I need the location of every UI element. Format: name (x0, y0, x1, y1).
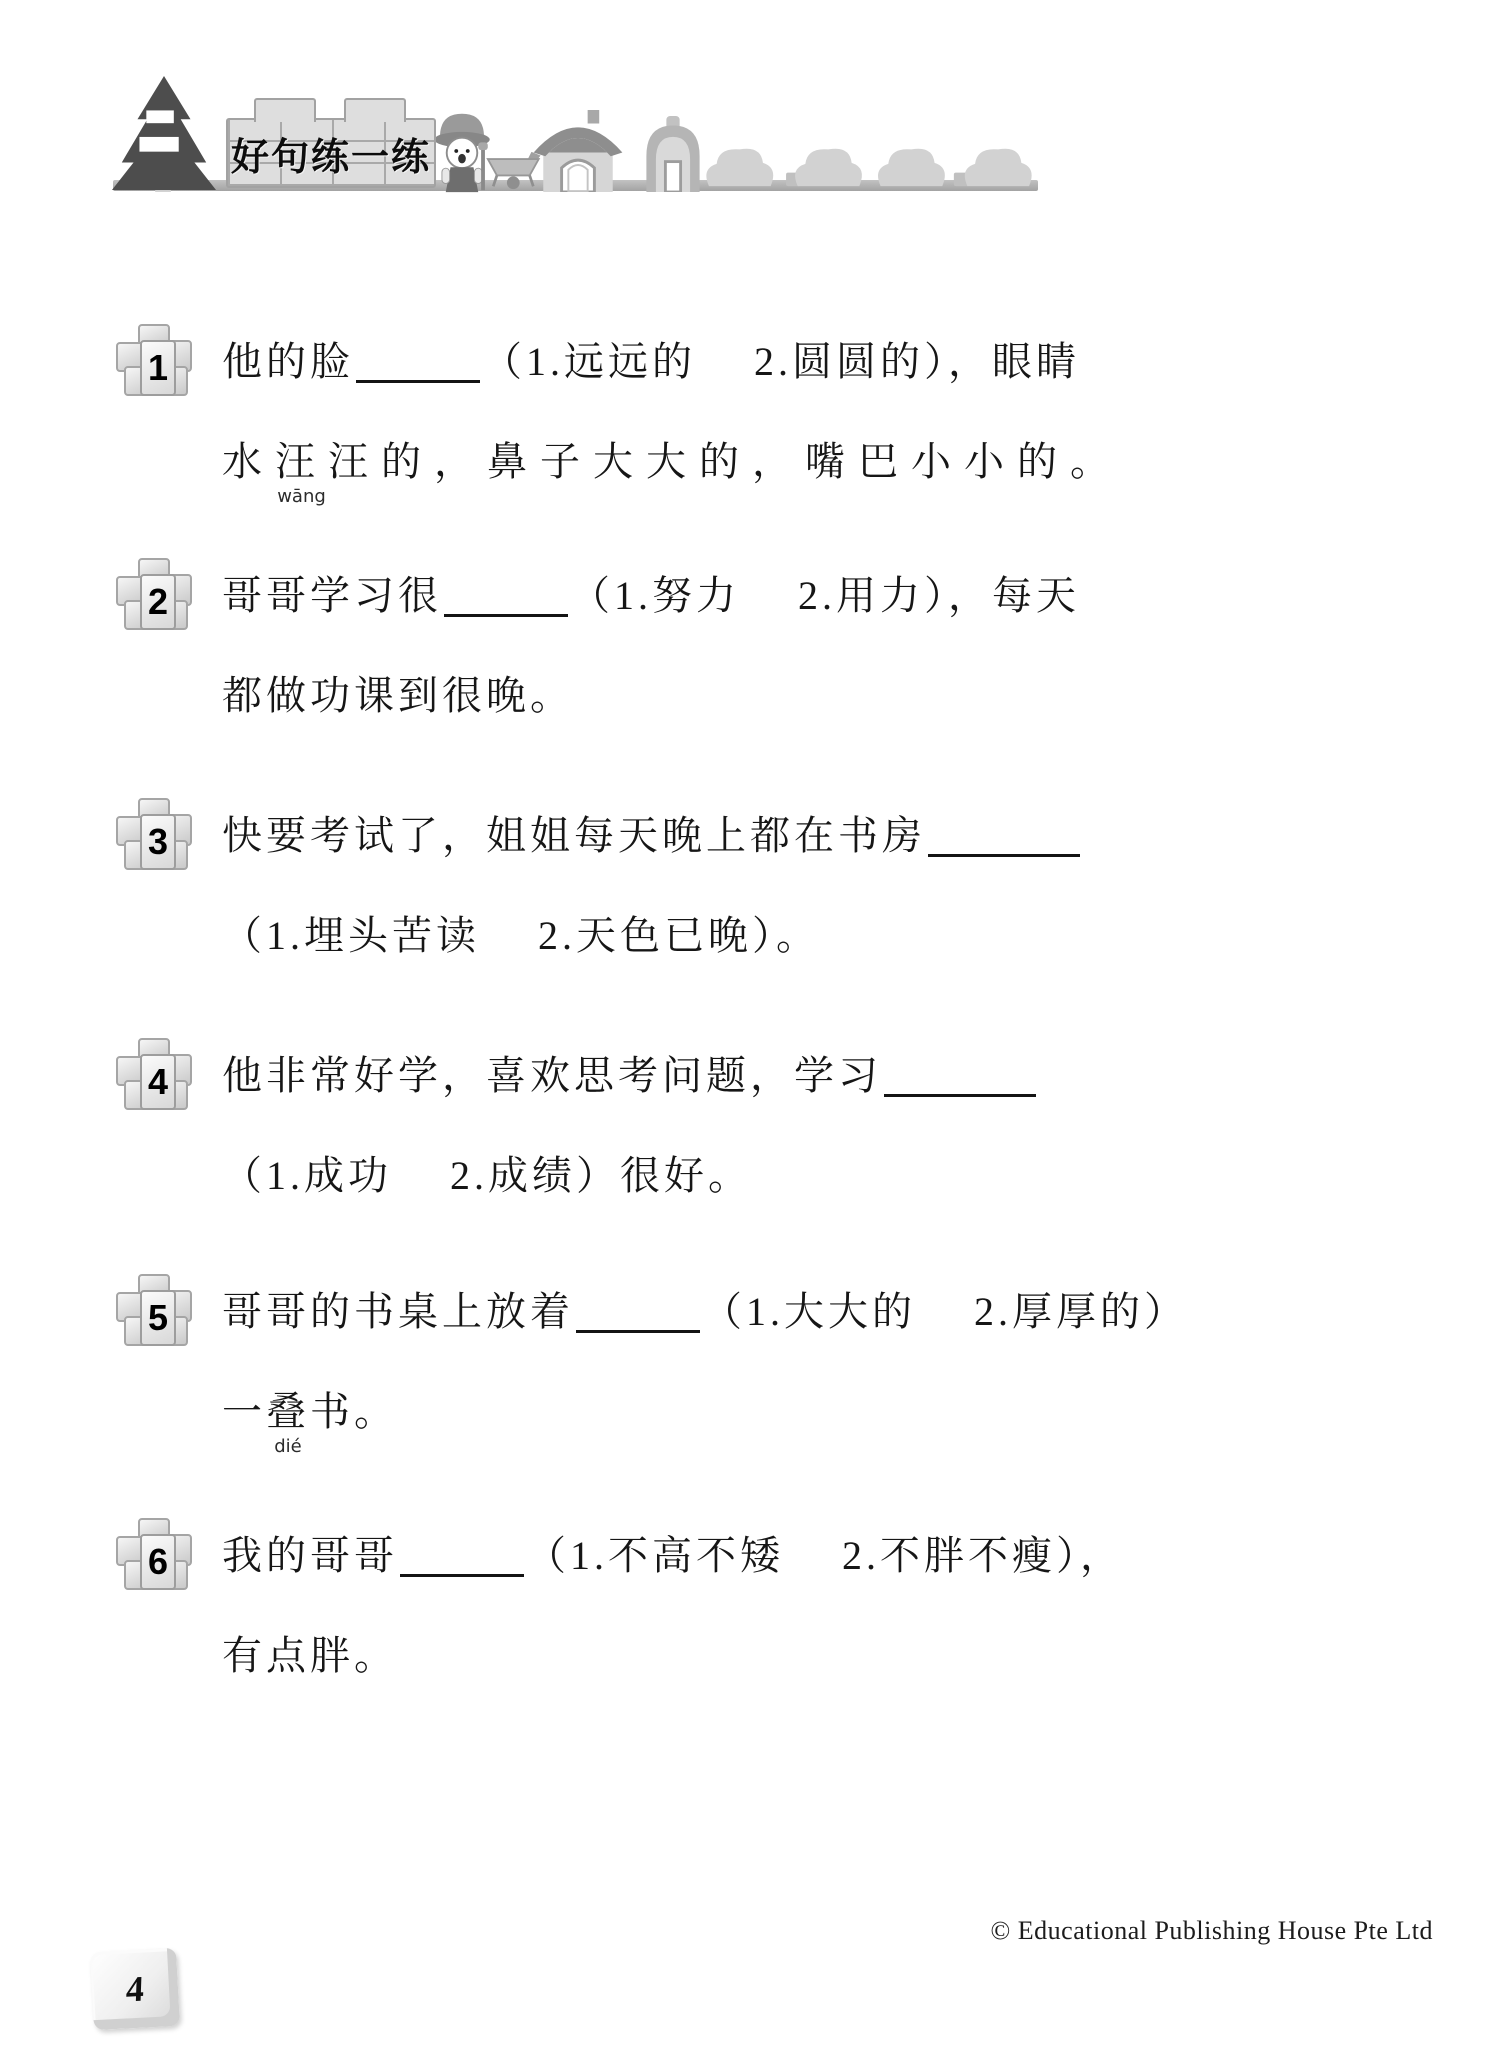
sentence-options: （1.埋头苦读 2.天色已晚）。 (222, 913, 820, 958)
exercise-sentence: 一叠dié书。 (222, 1388, 1188, 1436)
exercise-sentence: 有点胖。 (222, 1632, 1124, 1680)
exercise-number: 6 (148, 1541, 168, 1583)
exercise-sentence: 他的脸（1.远远的 2.圆圆的），眼睛 (222, 338, 1123, 386)
answer-blank (356, 380, 480, 383)
sentence-text: 我的哥哥 (222, 1533, 398, 1578)
number-brick: 6 (140, 1534, 176, 1590)
brick-number-badge: 2 (118, 570, 192, 632)
sentence-text: 有点胖。 (222, 1633, 398, 1678)
number-brick: 5 (140, 1290, 176, 1346)
exercise-item-2: 2 哥哥学习很（1.努力 2.用力），每天 都做功课到很晚。 (118, 572, 1080, 720)
page-title: 好句练一练 (231, 126, 431, 181)
exercise-number: 2 (148, 581, 168, 623)
exercise-sentence: （1.成功 2.成绩）很好。 (222, 1152, 1038, 1200)
number-brick: 2 (140, 574, 176, 630)
exercise-sentence: 快要考试了，姐姐每天晚上都在书房 (222, 812, 1082, 860)
exercise-number: 4 (148, 1061, 168, 1103)
annotated-character: 叠dié (266, 1388, 310, 1436)
exercise-item-4: 4 他非常好学，喜欢思考问题，学习 （1.成功 2.成绩）很好。 (118, 1052, 1038, 1200)
pine-tree-icon (110, 74, 218, 192)
pinyin-annotation: dié (274, 1438, 302, 1456)
exercise-sentence: 哥哥学习很（1.努力 2.用力），每天 (222, 572, 1080, 620)
exercise-item-5: 5 哥哥的书桌上放着（1.大大的 2.厚厚的） 一叠dié书。 (118, 1288, 1188, 1436)
copyright-text: © Educational Publishing House Pte Ltd (991, 1916, 1433, 1946)
answer-blank (884, 1094, 1036, 1097)
exercise-number: 1 (148, 347, 168, 389)
sentence-options: （1.大大的 2.厚厚的） (702, 1289, 1188, 1334)
sentence-text: 水 (222, 439, 275, 484)
sentence-text: 快要考试了，姐姐每天晚上都在书房 (222, 813, 926, 858)
sentence-text: 一 (222, 1389, 266, 1434)
sentence-options: （1.远远的 2.圆圆的），眼睛 (482, 339, 1080, 384)
sentence-options: （1.努力 2.用力），每天 (570, 573, 1080, 618)
exercise-number: 3 (148, 821, 168, 863)
annotated-character: 汪wāng (275, 438, 328, 486)
brick-number-badge: 4 (118, 1050, 192, 1112)
number-brick: 4 (140, 1054, 176, 1110)
exercise-sentence: 哥哥的书桌上放着（1.大大的 2.厚厚的） (222, 1288, 1188, 1336)
page-number: 4 (125, 1967, 144, 2010)
exercise-item-6: 6 我的哥哥（1.不高不矮 2.不胖不瘦）， 有点胖。 (118, 1532, 1124, 1680)
answer-blank (576, 1330, 700, 1333)
workbook-page: 好句练一练 (0, 0, 1497, 2048)
sentence-text: 他的脸 (222, 339, 354, 384)
chinese-character: 叠 (266, 1389, 310, 1434)
answer-blank (400, 1574, 524, 1577)
sentence-text: 他非常好学，喜欢思考问题，学习 (222, 1053, 882, 1098)
exercise-number: 5 (148, 1297, 168, 1339)
sentence-text: 都做功课到很晚。 (222, 673, 574, 718)
sentence-options: （1.不高不矮 2.不胖不瘦）， (526, 1533, 1124, 1578)
sentence-text: 哥哥学习很 (222, 573, 442, 618)
exercise-sentence: （1.埋头苦读 2.天色已晚）。 (222, 912, 1082, 960)
number-brick: 1 (140, 340, 176, 396)
exercise-sentence: 我的哥哥（1.不高不矮 2.不胖不瘦）， (222, 1532, 1124, 1580)
exercise-sentence: 他非常好学，喜欢思考问题，学习 (222, 1052, 1038, 1100)
number-brick: 3 (140, 814, 176, 870)
brick-number-badge: 6 (118, 1530, 192, 1592)
brick-number-badge: 3 (118, 810, 192, 872)
exercise-item-3: 3 快要考试了，姐姐每天晚上都在书房 （1.埋头苦读 2.天色已晚）。 (118, 812, 1082, 960)
pinyin-annotation: wāng (277, 488, 326, 506)
sentence-text: 书。 (310, 1389, 398, 1434)
exercise-sentence: 都做功课到很晚。 (222, 672, 1080, 720)
bushes-icon (700, 134, 1038, 188)
brick-number-badge: 1 (118, 336, 192, 398)
answer-blank (444, 614, 568, 617)
sentence-options: （1.成功 2.成绩）很好。 (222, 1153, 752, 1198)
title-banner: 好句练一练 (226, 118, 436, 188)
answer-blank (928, 854, 1080, 857)
sentence-text: 哥哥的书桌上放着 (222, 1289, 574, 1334)
chinese-character: 汪 (275, 439, 328, 484)
brick-house-icon (528, 110, 628, 192)
sentence-text: 汪的，鼻子大大的，嘴巴小小的。 (328, 439, 1123, 484)
exercise-item-1: 1 他的脸（1.远远的 2.圆圆的），眼睛 水汪wāng汪的，鼻子大大的，嘴巴小… (118, 338, 1123, 486)
brick-number-badge: 5 (118, 1286, 192, 1348)
exercise-sentence: 水汪wāng汪的，鼻子大大的，嘴巴小小的。 (222, 438, 1123, 486)
page-number-brick: 4 (90, 1948, 180, 2030)
